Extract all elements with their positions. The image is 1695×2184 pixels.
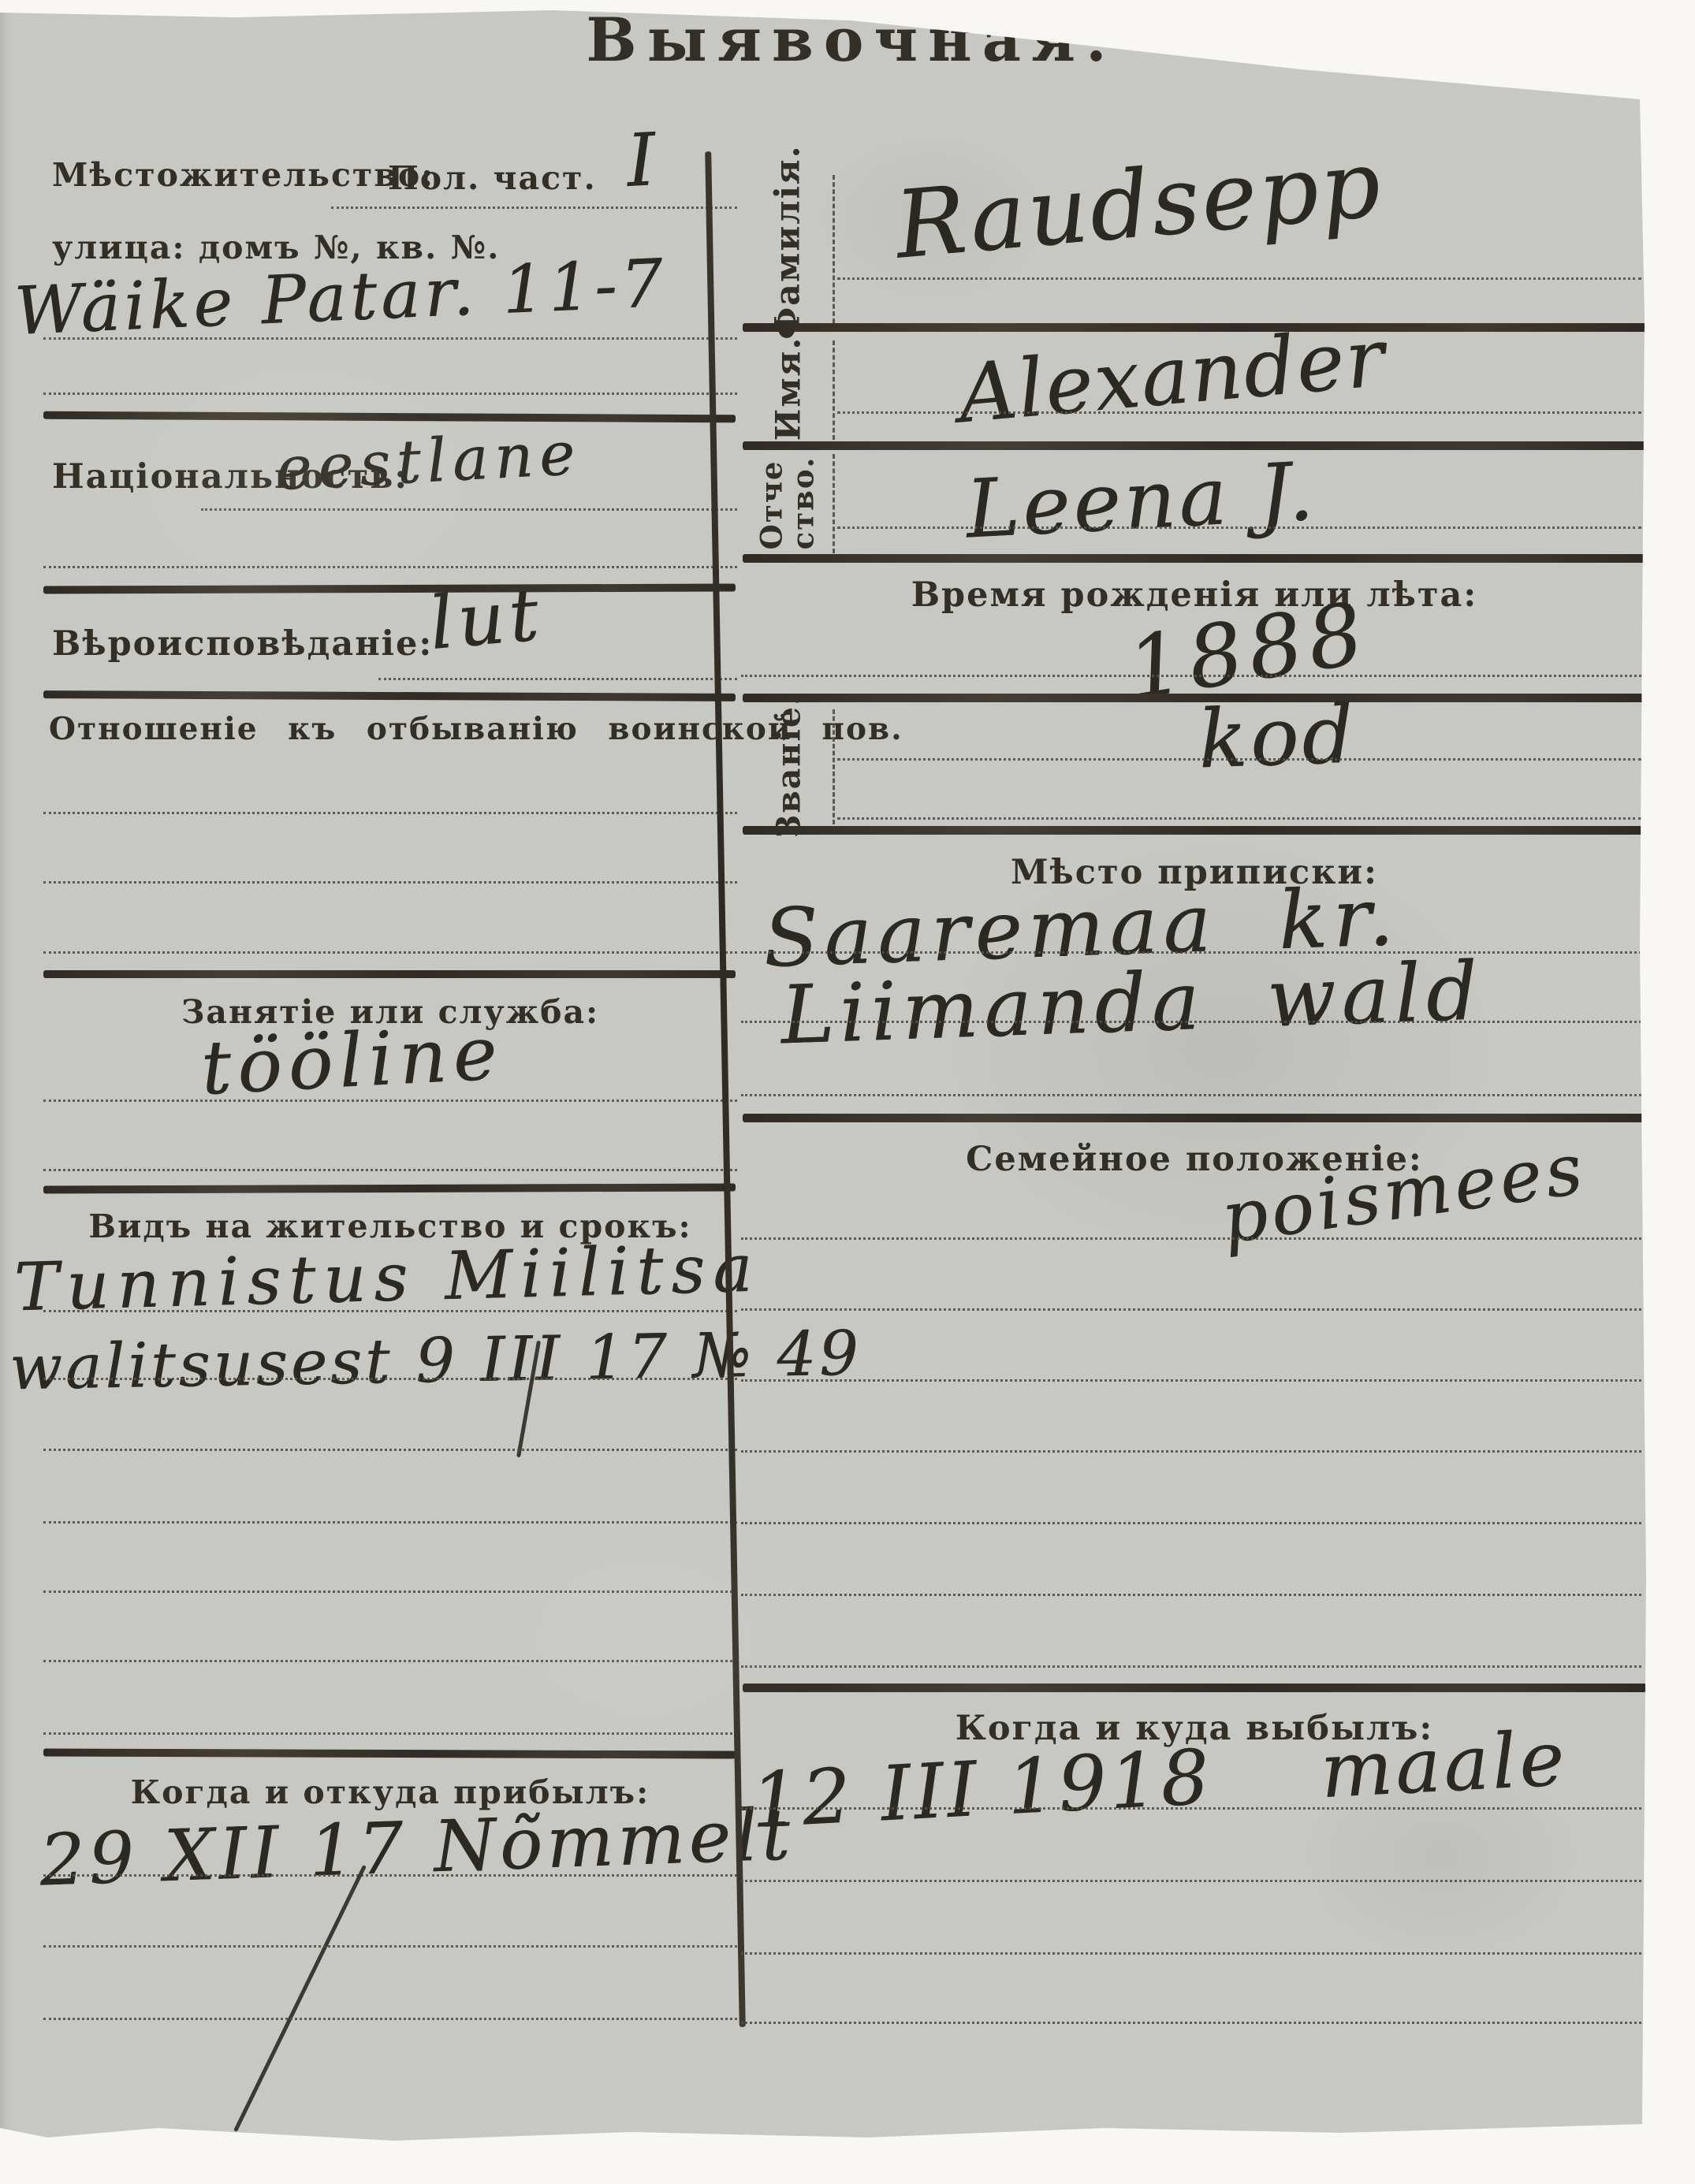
ruled-line	[837, 758, 1641, 761]
label-separator-line	[833, 340, 835, 440]
surname-value-handwritten: Raudsepp	[891, 128, 1387, 279]
ruled-line	[43, 1660, 737, 1662]
section-bar	[43, 583, 736, 593]
patronymic-label-line1: Отче	[756, 460, 788, 550]
pen-stroke	[233, 1865, 367, 2132]
ruled-line	[741, 951, 1641, 954]
ruled-line	[837, 817, 1641, 820]
ruled-line	[741, 675, 1641, 677]
ruled-line	[741, 1021, 1641, 1023]
ruled-line	[741, 1952, 1641, 1955]
patronymic-value-handwritten: Leena J.	[963, 445, 1318, 556]
section-bar	[743, 441, 1646, 450]
firstname-label-vertical: Имя.	[746, 336, 831, 441]
ruled-line	[43, 812, 737, 814]
ruled-line	[741, 1880, 1641, 1882]
column-divider	[705, 151, 746, 2027]
birth-date-label: Время рожденія или лѣта:	[741, 575, 1648, 615]
residence-label: Мѣстожительство:	[52, 156, 434, 194]
ruled-line	[43, 1945, 737, 1948]
section-bar	[43, 411, 736, 423]
section-bar	[43, 690, 736, 701]
ruled-line	[43, 1169, 737, 1171]
label-separator-line	[833, 709, 835, 824]
religion-label: Вѣроисповѣданіе:	[52, 624, 433, 664]
patronymic-label-line2: ство.	[788, 456, 819, 550]
ruled-line	[741, 1237, 1641, 1240]
ruled-line	[43, 951, 737, 954]
ruled-line	[43, 2018, 737, 2020]
residence-value-handwritten: I	[624, 117, 659, 203]
rank-label-vertical: Званіе.	[746, 705, 831, 826]
form-title: Выявочная.	[544, 5, 1159, 75]
section-bar	[743, 694, 1646, 702]
section-bar	[43, 1748, 736, 1758]
ruled-line	[43, 1591, 737, 1593]
ruled-line	[741, 2022, 1641, 2024]
ruled-line	[378, 678, 737, 680]
ruled-line	[741, 1450, 1641, 1453]
ruled-line	[43, 393, 737, 395]
section-bar	[743, 1114, 1646, 1122]
section-bar	[43, 970, 736, 978]
ruled-line	[43, 1521, 737, 1524]
ruled-line	[43, 1099, 737, 1102]
ruled-line	[43, 337, 737, 340]
rank-value-handwritten: kod	[1197, 688, 1358, 787]
section-bar	[43, 1183, 736, 1193]
ruled-line	[43, 1310, 737, 1312]
label-separator-line	[833, 175, 835, 323]
label-separator-line	[833, 454, 835, 553]
ruled-line	[43, 1874, 737, 1877]
ruled-line	[741, 1594, 1641, 1596]
section-bar	[743, 1684, 1646, 1692]
ruled-line	[837, 411, 1641, 414]
document-card: Выявочная. Мѣстожительство: Пол. част. I…	[0, 0, 1695, 2184]
ruled-line	[741, 1094, 1641, 1096]
ruled-line	[837, 277, 1641, 280]
residence-police-district-label: Пол. част.	[388, 159, 597, 197]
religion-value-handwritten: lut	[427, 572, 546, 666]
section-bar	[743, 826, 1646, 835]
ruled-line	[43, 1732, 737, 1735]
ruled-line	[741, 1522, 1641, 1524]
patronymic-label-vertical: Отче ство.	[741, 451, 834, 555]
surname-label-vertical: Фамилія.	[746, 162, 831, 322]
permit-value-line2-handwritten: walitsusest 9 III 17 № 49	[9, 1319, 862, 1405]
ruled-line	[43, 881, 737, 884]
ruled-line	[741, 1308, 1641, 1311]
ruled-line	[741, 1807, 1641, 1810]
ruled-line	[741, 1379, 1641, 1382]
ruled-line	[331, 206, 737, 209]
occupation-value-handwritten: tööline	[199, 1010, 505, 1112]
ruled-line	[837, 526, 1641, 529]
ruled-line	[43, 566, 737, 568]
ruled-line	[741, 1665, 1641, 1668]
nationality-value-handwritten: eestlane	[274, 418, 583, 504]
section-bar	[743, 554, 1646, 563]
ruled-line	[201, 508, 737, 511]
ruled-line	[43, 1449, 737, 1451]
ruled-line	[43, 1378, 737, 1380]
